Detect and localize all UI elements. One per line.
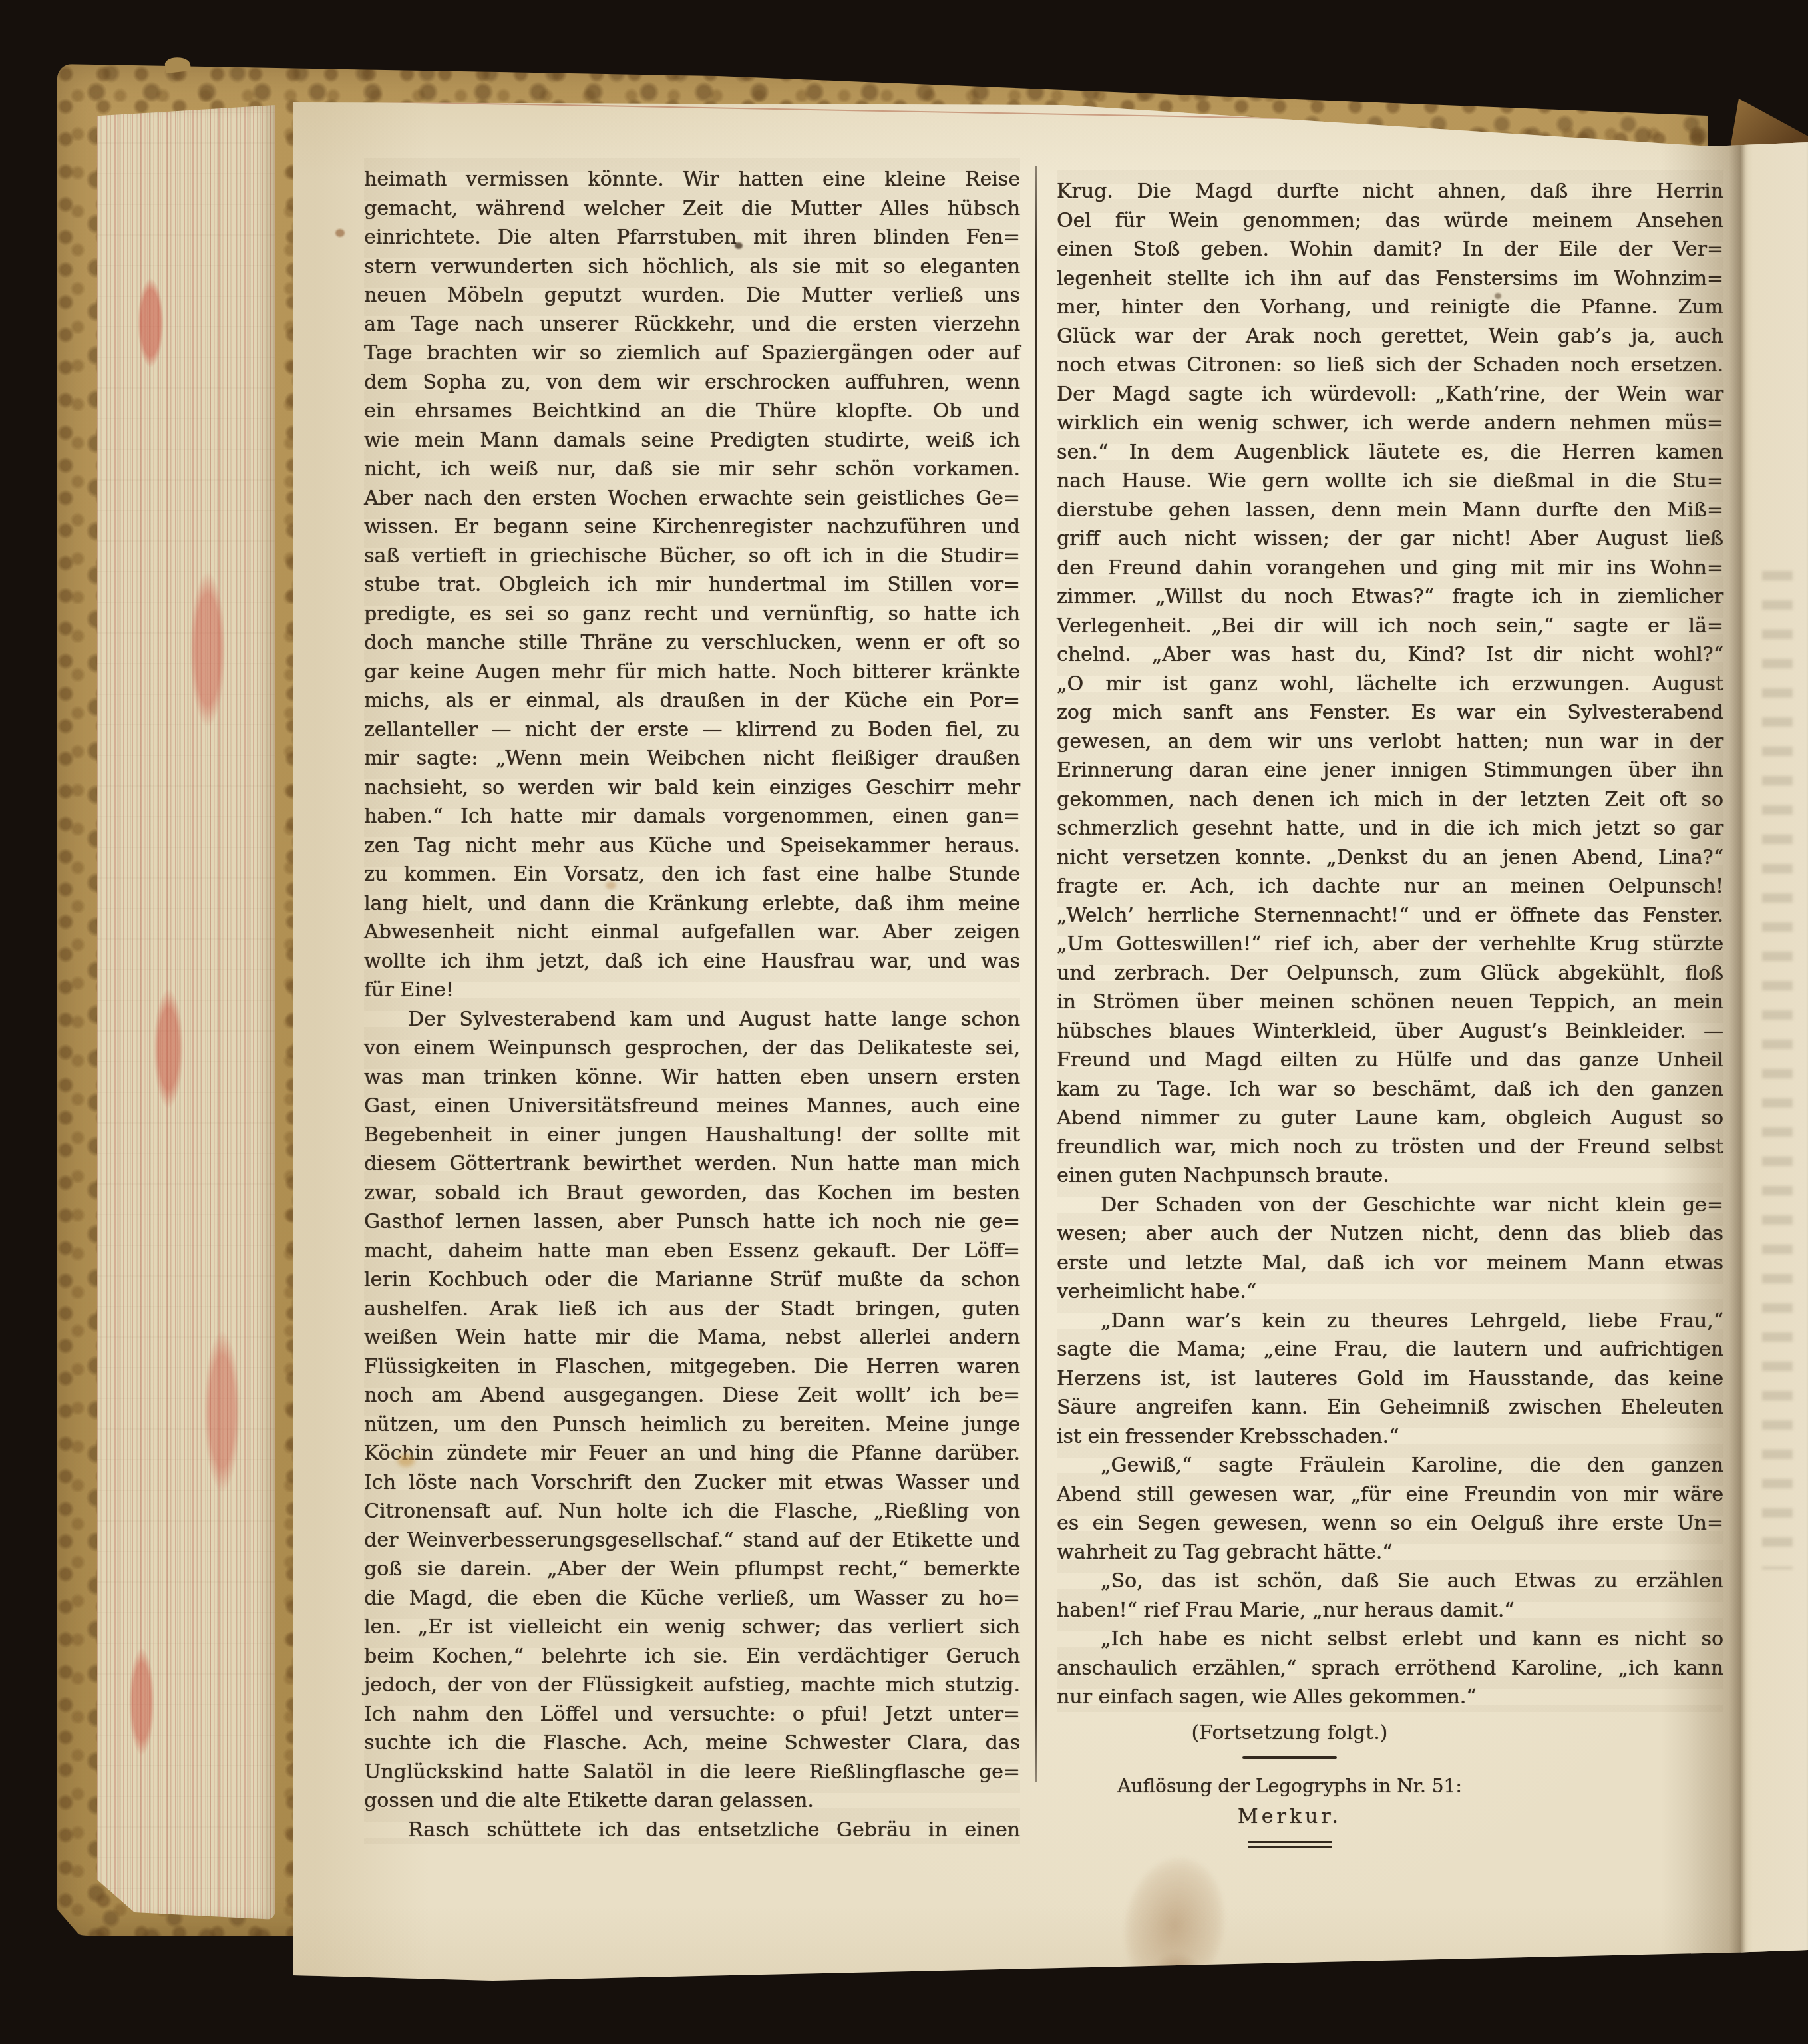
text-line: Herzens ist, ist lauteres Gold im Hausst…: [1057, 1364, 1723, 1394]
text-line: „So, das ist schön, daß Sie auch Etwas z…: [1057, 1567, 1723, 1596]
text-line: Rasch schüttete ich das entsetzliche Geb…: [364, 1816, 1020, 1845]
text-line: einrichtete. Die alten Pfarrstuben mit i…: [364, 223, 1020, 252]
text-line: am Tage nach unserer Rückkehr, und die e…: [364, 310, 1020, 339]
text-line: „O mir ist ganz wohl, lächelte ich erzwu…: [1057, 670, 1723, 699]
text-line: wesen; aber auch der Nutzen nicht, denn …: [1057, 1219, 1723, 1249]
text-line: und zerbrach. Der Oelpunsch, zum Glück a…: [1057, 959, 1723, 988]
text-line: zog mich sanft ans Fenster. Es war ein S…: [1057, 698, 1723, 727]
text-line: stern verwunderten sich höchlich, als si…: [364, 252, 1020, 282]
text-line: haben!“ rief Frau Marie, „nur heraus dam…: [1057, 1596, 1723, 1625]
text-line: Köchin zündete mir Feuer an und hing die…: [364, 1439, 1020, 1468]
text-line: dierstube gehen lassen, denn mein Mann d…: [1057, 496, 1723, 525]
text-line: dem Sopha zu, von dem wir erschrocken au…: [364, 368, 1020, 397]
text-column-right: Krug. Die Magd durfte nicht ahnen, daß i…: [1057, 177, 1723, 1712]
text-line: gewesen, an dem wir uns verlobt hatten; …: [1057, 727, 1723, 757]
text-line: zimmer. „Willst du noch Etwas?“ fragte i…: [1057, 582, 1723, 612]
text-line: von einem Weinpunsch gesprochen, der das…: [364, 1034, 1020, 1063]
continuation-note: (Fortsetzung folgt.): [1057, 1719, 1523, 1748]
text-line: Glück war der Arak noch gerettet, Wein g…: [1057, 322, 1723, 351]
text-line: nützen, um den Punsch heimlich zu bereit…: [364, 1410, 1020, 1440]
text-line: lang hielt, und dann die Kränkung erlebt…: [364, 889, 1020, 919]
text-line: len. „Er ist vielleicht ein wenig schwer…: [364, 1613, 1020, 1642]
text-line: predigte, es sei so ganz recht und vernü…: [364, 600, 1020, 629]
text-line: zellanteller — nicht der erste — klirren…: [364, 715, 1020, 745]
paper-stain: [1153, 1953, 1200, 1995]
separator-rule: [1242, 1756, 1337, 1759]
text-line: den Freund dahin vorangehen und ging mit…: [1057, 554, 1723, 583]
text-line: Begebenheit in einer jungen Haushaltung!…: [364, 1121, 1020, 1150]
text-line: sen.“ In dem Augenblick läutete es, die …: [1057, 438, 1723, 467]
text-line: Unglückskind hatte Salatöl in die leere …: [364, 1758, 1020, 1787]
text-line: Ich nahm den Löffel und versuchte: o pfu…: [364, 1700, 1020, 1729]
book-page: heimath vermissen könnte. Wir hatten ein…: [293, 79, 1808, 2043]
text-line: erste und letzte Mal, daß ich vor meinem…: [1057, 1249, 1723, 1278]
text-line: mir sagte: „Wenn mein Weibchen nicht fle…: [364, 744, 1020, 773]
text-line: fragte er. Ach, ich dachte nur an meinen…: [1057, 872, 1723, 901]
text-line: lerin Kochbuch oder die Marianne Strüf m…: [364, 1265, 1020, 1295]
text-line: nach Hause. Wie gern wollte ich sie dieß…: [1057, 467, 1723, 496]
text-line: saß vertieft in griechische Bücher, so o…: [364, 542, 1020, 571]
text-line: gar keine Augen mehr für mich hatte. Noc…: [364, 658, 1020, 687]
text-line: es ein Segen gewesen, wenn so ein Oelguß…: [1057, 1509, 1723, 1538]
text-line: Abwesenheit nicht einmal aufgefallen war…: [364, 918, 1020, 947]
text-line: chelnd. „Aber was hast du, Kind? Ist dir…: [1057, 640, 1723, 670]
text-line: die Magd, die eben die Küche verließ, um…: [364, 1584, 1020, 1613]
text-line: in Strömen über meinen schönen neuen Tep…: [1057, 988, 1723, 1017]
text-line: Citronensaft auf. Nun holte ich die Flas…: [364, 1497, 1020, 1526]
text-line: Gasthof lernen lassen, aber Punsch hatte…: [364, 1207, 1020, 1237]
text-line: neuen Möbeln geputzt wurden. Die Mutter …: [364, 281, 1020, 310]
text-line: „Ich habe es nicht selbst erlebt und kan…: [1057, 1625, 1723, 1654]
text-line: Verlegenheit. „Bei dir will ich noch sei…: [1057, 612, 1723, 641]
text-line: der Weinverbesserungsgesellschaf.“ stand…: [364, 1526, 1020, 1555]
text-line: wissen. Er begann seine Kirchenregister …: [364, 512, 1020, 542]
text-line: einen guten Nachpunsch braute.: [1057, 1161, 1723, 1191]
double-rule: [1248, 1841, 1332, 1848]
text-line: Abend still gewesen war, „für eine Freun…: [1057, 1480, 1723, 1510]
puzzle-solution-answer: Merkur.: [1057, 1803, 1523, 1831]
text-line: Oel für Wein genommen; das würde meinem …: [1057, 206, 1723, 236]
text-line: noch etwas Citronen: so ließ sich der Sc…: [1057, 351, 1723, 380]
text-line: doch manche stille Thräne zu verschlucke…: [364, 628, 1020, 658]
paper-stain: [1115, 1850, 1234, 2001]
text-line: wollte ich ihm jetzt, daß ich eine Hausf…: [364, 947, 1020, 976]
text-line: ist ein fressender Krebsschaden.“: [1057, 1422, 1723, 1452]
show-through-marks: [1762, 571, 1793, 1569]
text-line: „Um Gotteswillen!“ rief ich, aber der ve…: [1057, 930, 1723, 959]
text-line: noch am Abend ausgegangen. Diese Zeit wo…: [364, 1381, 1020, 1410]
text-line: Abend nimmer zu guter Laune kam, obgleic…: [1057, 1104, 1723, 1133]
text-line: macht, daheim hatte man eben Essenz geka…: [364, 1237, 1020, 1266]
text-line: Gast, einen Universitätsfreund meines Ma…: [364, 1092, 1020, 1121]
text-line: Freund und Magd eilten zu Hülfe und das …: [1057, 1046, 1723, 1075]
puzzle-solution-heading: Auflösung der Legogryphs in Nr. 51:: [1057, 1774, 1523, 1799]
text-line: haben.“ Ich hatte mir damals vorgenommen…: [364, 802, 1020, 831]
text-line: zwar, sobald ich Braut geworden, das Koc…: [364, 1179, 1020, 1208]
text-line: einen Stoß geben. Wohin damit? In der Ei…: [1057, 235, 1723, 264]
text-line: nicht versetzen konnte. „Denkst du an je…: [1057, 843, 1723, 873]
text-line: heimath vermissen könnte. Wir hatten ein…: [364, 165, 1020, 194]
text-line: sagte die Mama; „eine Frau, die lautern …: [1057, 1335, 1723, 1364]
foxing-spot: [335, 229, 345, 237]
text-line: diesem Göttertrank bewirthet werden. Nun…: [364, 1149, 1020, 1179]
text-line: Tage brachten wir so ziemlich auf Spazie…: [364, 339, 1020, 368]
text-line: freundlich war, mich noch zu trösten und…: [1057, 1133, 1723, 1162]
text-line: suchte ich die Flasche. Ach, meine Schwe…: [364, 1729, 1020, 1758]
text-line: gekommen, nach denen ich mich in der let…: [1057, 785, 1723, 815]
text-line: kam zu Tage. Ich war so beschämt, daß ic…: [1057, 1075, 1723, 1104]
text-line: Krug. Die Magd durfte nicht ahnen, daß i…: [1057, 177, 1723, 206]
text-line: Erinnerung daran eine jener innigen Stim…: [1057, 756, 1723, 785]
text-line: griff auch nicht wissen; der gar nicht! …: [1057, 524, 1723, 554]
text-line: „Dann war’s kein zu theures Lehrgeld, li…: [1057, 1307, 1723, 1336]
text-line: mer, hinter den Vorhang, und reinigte di…: [1057, 293, 1723, 322]
cover-edge-tab: [164, 56, 191, 73]
column-divider-rule: [1035, 166, 1037, 1782]
text-line: hübsches blaues Winterkleid, über August…: [1057, 1017, 1723, 1046]
text-line: Der Magd sagte ich würdevoll: „Kath’rine…: [1057, 380, 1723, 409]
text-line: was man trinken könne. Wir hatten eben u…: [364, 1063, 1020, 1092]
column-footer: (Fortsetzung folgt.) Auflösung der Legog…: [1057, 1719, 1523, 1848]
text-line: aushelfen. Arak ließ ich aus der Stadt b…: [364, 1295, 1020, 1324]
text-line: ein ehrsames Beichtkind an die Thüre klo…: [364, 397, 1020, 426]
text-line: nur einfach sagen, wie Alles gekommen.“: [1057, 1683, 1723, 1712]
text-line: weißen Wein hatte mir die Mama, nebst al…: [364, 1323, 1020, 1352]
text-line: wirklich ein wenig schwer, ich werde and…: [1057, 409, 1723, 438]
text-line: zu kommen. Ein Vorsatz, den ich fast ein…: [364, 860, 1020, 889]
text-line: stube trat. Obgleich ich mir hundertmal …: [364, 570, 1020, 600]
text-line: jedoch, der von der Flüssigkeit aufstieg…: [364, 1671, 1020, 1700]
text-line: goß sie darein. „Aber der Wein pflumpst …: [364, 1555, 1020, 1584]
text-line: gemacht, während welcher Zeit die Mutter…: [364, 194, 1020, 224]
text-line: legenheit stellte ich ihn auf das Fenste…: [1057, 264, 1723, 294]
text-line: „Welch’ herrliche Sternennacht!“ und er …: [1057, 901, 1723, 930]
text-line: „Gewiß,“ sagte Fräulein Karoline, die de…: [1057, 1451, 1723, 1480]
text-line: anschaulich erzählen,“ sprach erröthend …: [1057, 1654, 1723, 1683]
page-fore-edges: [97, 105, 275, 1920]
text-line: wie mein Mann damals seine Predigten stu…: [364, 426, 1020, 455]
text-line: nachsieht, so werden wir bald kein einzi…: [364, 773, 1020, 803]
text-line: wahrheit zu Tag gebracht hätte.“: [1057, 1538, 1723, 1567]
text-line: verheimlicht habe.“: [1057, 1277, 1723, 1307]
text-column-left: heimath vermissen könnte. Wir hatten ein…: [364, 165, 1020, 1844]
text-line: Aber nach den ersten Wochen erwachte sei…: [364, 484, 1020, 513]
text-line: michs, als er einmal, als draußen in der…: [364, 686, 1020, 715]
text-line: Ich löste nach Vorschrift den Zucker mit…: [364, 1468, 1020, 1498]
text-line: Der Sylvesterabend kam und August hatte …: [364, 1005, 1020, 1034]
text-line: beim Kochen,“ belehrte ich sie. Ein verd…: [364, 1642, 1020, 1671]
text-line: schmerzlich gesehnt hatte, und in die ic…: [1057, 814, 1723, 843]
text-line: gossen und die alte Etikette daran gelas…: [364, 1786, 1020, 1816]
text-line: Säure angreifen kann. Ein Geheimniß zwis…: [1057, 1393, 1723, 1422]
text-line: zen Tag nicht mehr aus Küche und Speisek…: [364, 831, 1020, 861]
text-line: Flüssigkeiten in Flaschen, mitgegeben. D…: [364, 1352, 1020, 1382]
text-line: nicht, ich weiß nur, daß sie mir sehr sc…: [364, 455, 1020, 484]
text-line: Der Schaden von der Geschichte war nicht…: [1057, 1191, 1723, 1220]
text-line: für Eine!: [364, 976, 1020, 1005]
